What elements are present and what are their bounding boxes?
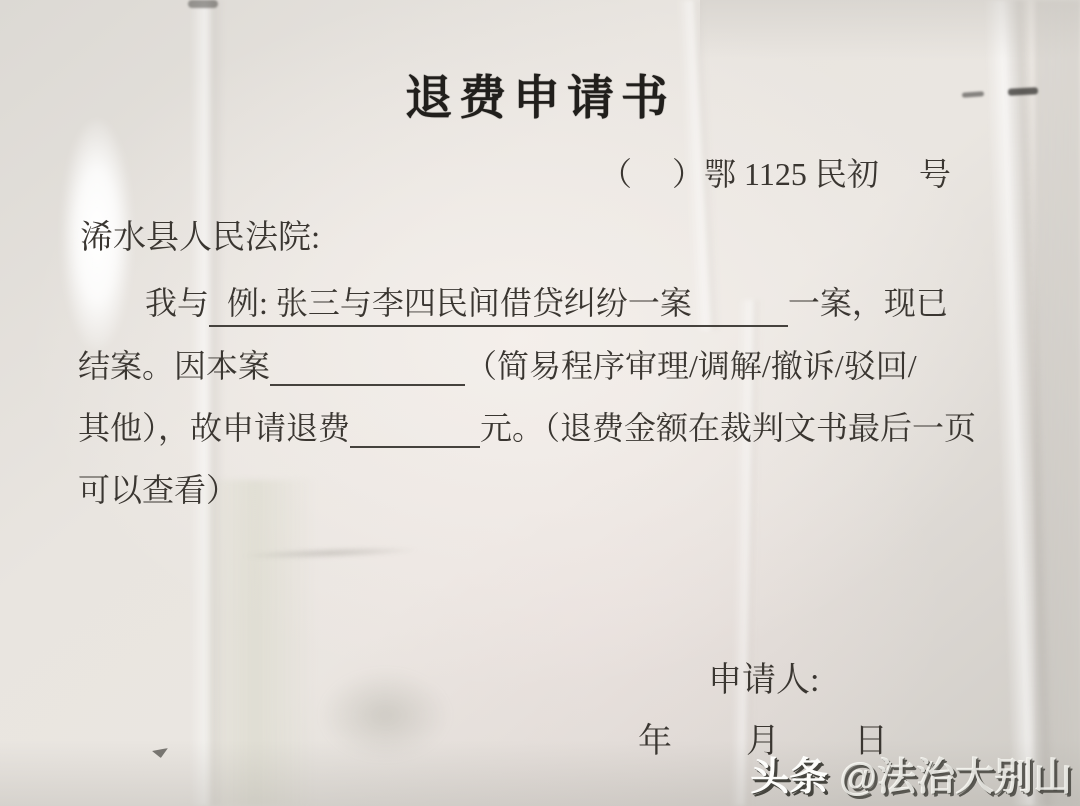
- amount-blank-underline: [350, 412, 480, 448]
- line2-prefix: 结案。因本案: [78, 348, 270, 384]
- smudge-blob: [320, 670, 450, 760]
- watermark: 头条 @法治大别山: [750, 746, 1072, 802]
- plastic-crease-left: [190, 0, 224, 806]
- document-title: 退费申请书: [405, 70, 675, 129]
- watermark-handle: @法治大别山: [828, 756, 1072, 799]
- body-line-3: 其他），故申请退费元。（退费金额在裁判文书最后一页: [78, 408, 976, 448]
- ink-speck: [962, 91, 984, 98]
- photographed-document: 退费申请书 （ ）鄂 1125 民初 号 浠水县人民法院: 我与例: 张三与李四…: [0, 0, 1080, 806]
- case-name-fill-underline: 例: 张三与李四民间借贷纠纷一案: [209, 283, 788, 327]
- plastic-crease-right: [984, 0, 1056, 806]
- ink-speck: [1008, 87, 1038, 96]
- ink-speck: [188, 0, 218, 8]
- body-line-1: 我与例: 张三与李四民间借贷纠纷一案一案，现已: [145, 283, 948, 327]
- line2-suffix: （简易程序审理/调解/撤诉/驳回/: [465, 348, 917, 384]
- body-line-4: 可以查看）: [78, 470, 238, 510]
- small-mark: [152, 748, 168, 758]
- case-number-line: （ ）鄂 1125 民初 号: [600, 154, 951, 194]
- line1-suffix: 一案，现已: [788, 285, 948, 321]
- tape-band-bottom-left: [195, 480, 315, 806]
- top-right-shadow: [700, 0, 1080, 60]
- toutiao-logo-text: 头条: [750, 756, 828, 799]
- reason-blank-underline: [270, 350, 465, 386]
- body-line-2: 结案。因本案（简易程序审理/调解/撤诉/驳回/: [78, 346, 917, 386]
- line3-suffix: 元。（退费金额在裁判文书最后一页: [480, 410, 976, 446]
- smudge-mark: [240, 545, 420, 561]
- applicant-label: 申请人:: [708, 660, 819, 703]
- right-edge-shadow: [1035, 0, 1080, 806]
- court-name: 浠水县人民法院:: [80, 218, 320, 259]
- line1-prefix: 我与: [145, 285, 209, 321]
- line3-prefix: 其他），故申请退费: [78, 410, 350, 446]
